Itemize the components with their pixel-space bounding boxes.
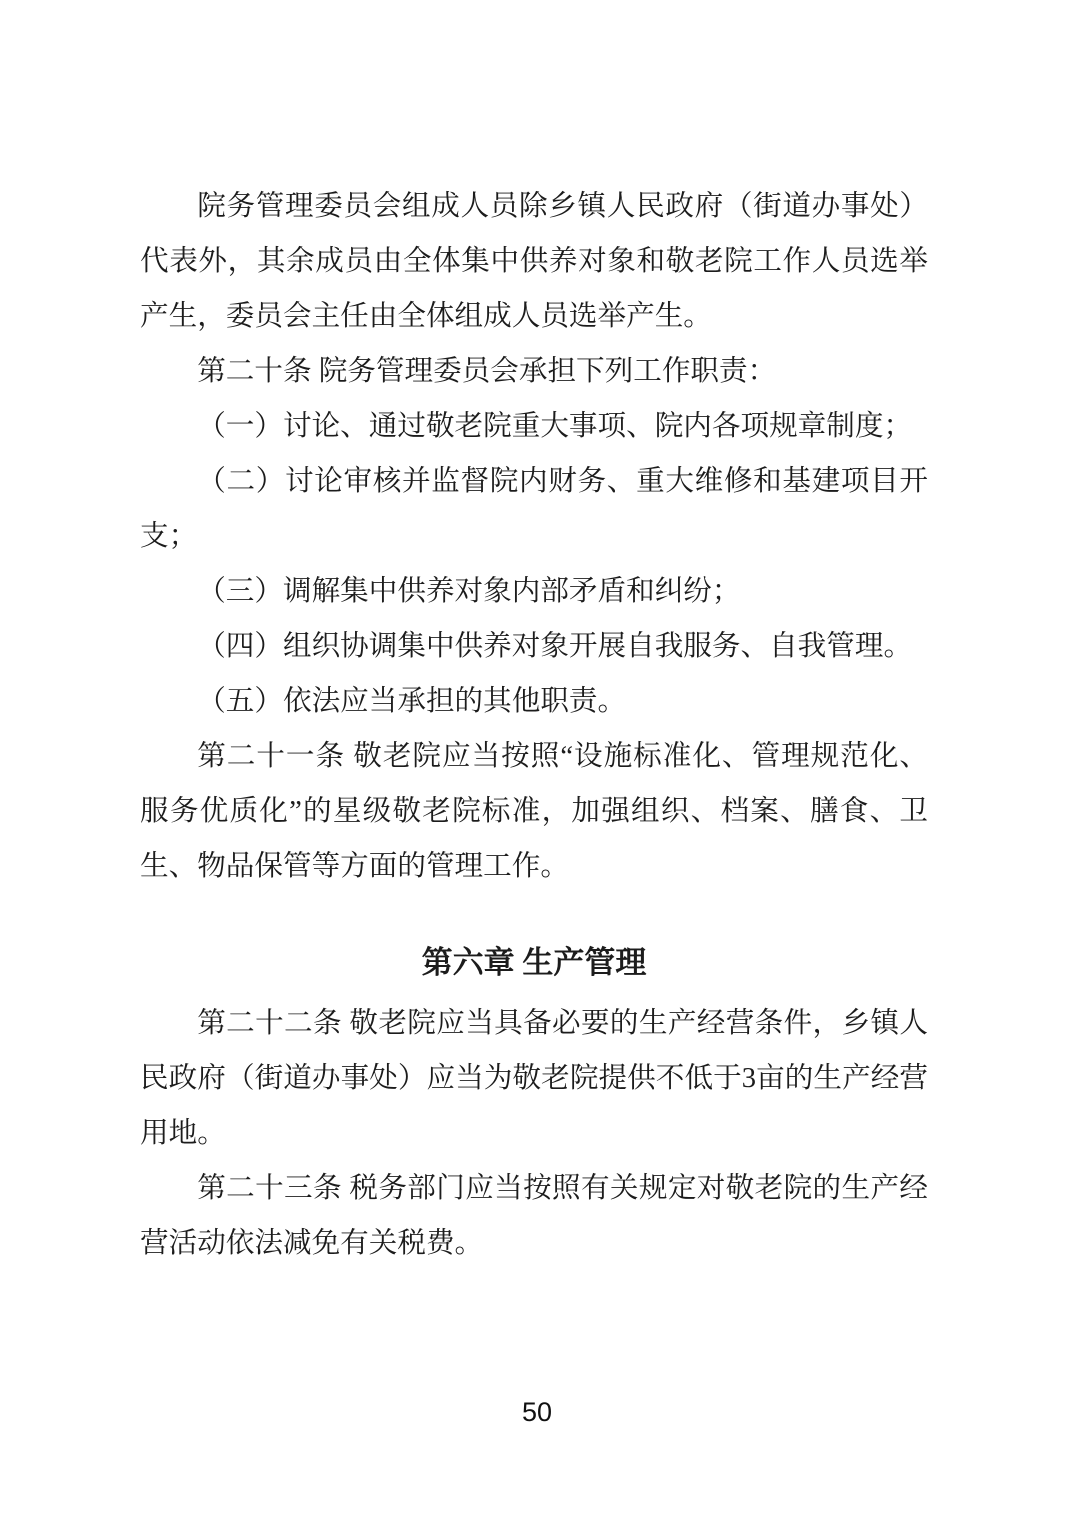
- article-20-item-2: （二）讨论审核并监督院内财务、重大维修和基建项目开支；: [140, 454, 928, 564]
- document-body: 院务管理委员会组成人员除乡镇人民政府（街道办事处）代表外，其余成员由全体集中供养…: [140, 179, 928, 1271]
- article-20-item-3: （三）调解集中供养对象内部矛盾和纠纷；: [140, 564, 928, 619]
- article-22-paragraph: 第二十二条 敬老院应当具备必要的生产经营条件，乡镇人民政府（街道办事处）应当为敬…: [140, 996, 928, 1161]
- chapter-6-heading: 第六章 生产管理: [140, 935, 928, 990]
- paragraph-committee-composition: 院务管理委员会组成人员除乡镇人民政府（街道办事处）代表外，其余成员由全体集中供养…: [140, 179, 928, 344]
- article-23-paragraph: 第二十三条 税务部门应当按照有关规定对敬老院的生产经营活动依法减免有关税费。: [140, 1161, 928, 1271]
- page-number: 50: [0, 1396, 1074, 1428]
- article-21-paragraph: 第二十一条 敬老院应当按照“设施标准化、管理规范化、服务优质化”的星级敬老院标准…: [140, 729, 928, 894]
- article-20-intro: 第二十条 院务管理委员会承担下列工作职责：: [140, 344, 928, 399]
- article-20-item-1: （一）讨论、通过敬老院重大事项、院内各项规章制度；: [140, 399, 928, 454]
- article-20-item-5: （五）依法应当承担的其他职责。: [140, 674, 928, 729]
- document-page: 院务管理委员会组成人员除乡镇人民政府（街道办事处）代表外，其余成员由全体集中供养…: [0, 0, 1074, 1520]
- article-20-item-4: （四）组织协调集中供养对象开展自我服务、自我管理。: [140, 619, 928, 674]
